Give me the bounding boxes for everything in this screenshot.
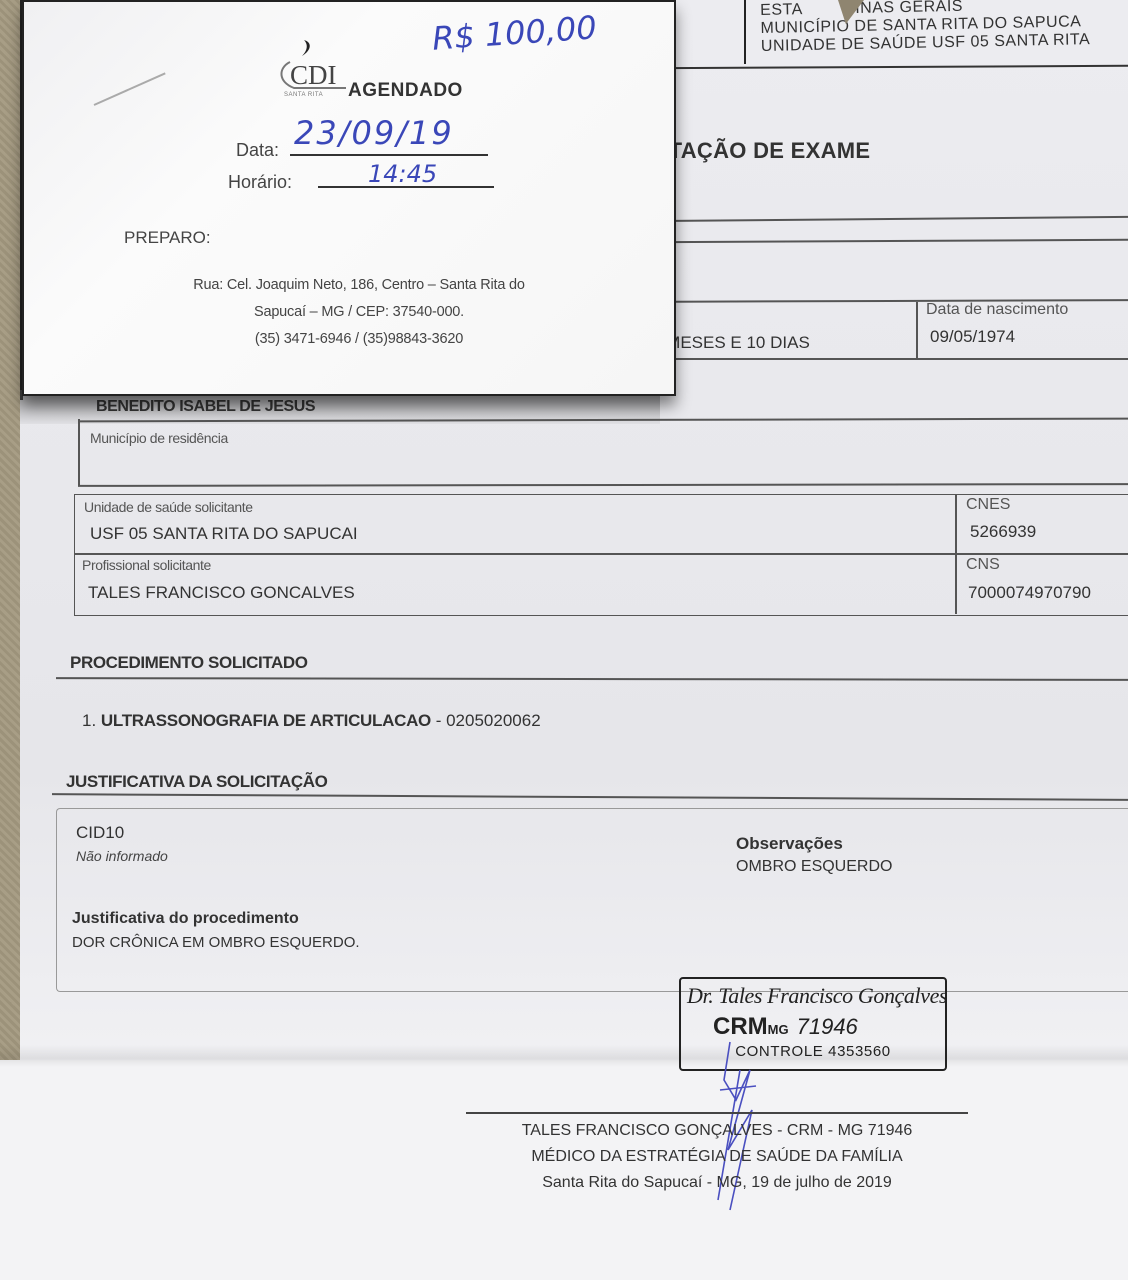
stamp-crm-label: CRM bbox=[713, 1013, 768, 1040]
stamp-crm-state: MG bbox=[768, 1022, 789, 1037]
signature-line bbox=[466, 1112, 968, 1114]
prep-label: PREPARO: bbox=[124, 228, 211, 248]
observations-value: OMBRO ESQUERDO bbox=[736, 858, 892, 876]
procedure-item: 1. ULTRASSONOGRAFIA DE ARTICULACAO - 020… bbox=[82, 711, 541, 731]
date-underline bbox=[290, 154, 488, 156]
signature-place-date: Santa Rita do Sapucaí - MG, 19 de julho … bbox=[466, 1170, 968, 1196]
cns-value: 7000074970790 bbox=[968, 583, 1091, 603]
form-rule bbox=[74, 553, 1128, 555]
address-line-1: Rua: Cel. Joaquim Neto, 186, Centro – Sa… bbox=[24, 272, 674, 299]
address-line-2: Sapucaí – MG / CEP: 37540-000. bbox=[24, 299, 674, 326]
birth-date-label: Data de nascimento bbox=[926, 301, 1068, 319]
clinic-phones: (35) 3471-6946 / (35)98843-3620 bbox=[24, 326, 674, 353]
cnes-value: 5266939 bbox=[970, 522, 1036, 542]
procedure-section-title: PROCEDIMENTO SOLICITADO bbox=[70, 653, 308, 673]
cdi-logo: CDI SANTA RITA bbox=[276, 38, 356, 102]
appointment-card: CDI SANTA RITA R$ 100,00 AGENDADO Data: … bbox=[22, 0, 676, 396]
justification-section-title: JUSTIFICATIVA DA SOLICITAÇÃO bbox=[66, 772, 327, 792]
health-unit-value: USF 05 SANTA RITA DO SAPUCAI bbox=[90, 524, 358, 544]
date-label: Data: bbox=[236, 140, 279, 161]
paper-fold bbox=[0, 1045, 1128, 1067]
cid-label: CID10 bbox=[76, 823, 124, 843]
logo-subtext: SANTA RITA bbox=[284, 92, 323, 98]
form-rule bbox=[78, 419, 80, 485]
procedure-code: - 0205020062 bbox=[436, 711, 541, 730]
procedure-justification-value: DOR CRÔNICA EM OMBRO ESQUERDO. bbox=[72, 934, 360, 951]
health-unit-label: Unidade de saúde solicitante bbox=[84, 499, 253, 515]
procedure-justification-label: Justificativa do procedimento bbox=[72, 910, 299, 928]
appointment-date: 23/09/19 bbox=[294, 114, 454, 152]
cnes-label: CNES bbox=[966, 496, 1010, 514]
cns-label: CNS bbox=[966, 556, 1000, 574]
signature-name-crm: TALES FRANCISCO GONÇALVES - CRM - MG 719… bbox=[466, 1118, 968, 1144]
appointment-time: 14:45 bbox=[368, 160, 437, 188]
justification-box bbox=[56, 808, 1128, 992]
time-label: Horário: bbox=[228, 172, 292, 193]
professional-label: Profissional solicitante bbox=[82, 557, 211, 573]
clinic-address: Rua: Cel. Joaquim Neto, 186, Centro – Sa… bbox=[24, 272, 674, 353]
signature-role: MÉDICO DA ESTRATÉGIA DE SAÚDE DA FAMÍLIA bbox=[466, 1144, 968, 1170]
professional-value: TALES FRANCISCO GONCALVES bbox=[88, 583, 355, 603]
birth-date-value: 09/05/1974 bbox=[930, 327, 1015, 347]
procedure-name: ULTRASSONOGRAFIA DE ARTICULACAO bbox=[101, 711, 431, 730]
appointment-status: AGENDADO bbox=[348, 80, 463, 102]
observations-label: Observações bbox=[736, 834, 843, 854]
document-title: CITAÇÃO DE EXAME bbox=[646, 138, 870, 164]
form-rule bbox=[916, 302, 918, 358]
stamp-crm-number: 71946 bbox=[797, 1014, 858, 1039]
header-divider bbox=[744, 0, 746, 64]
municipality-label: Município de residência bbox=[90, 430, 228, 446]
signature-block: TALES FRANCISCO GONÇALVES - CRM - MG 719… bbox=[466, 1118, 968, 1196]
form-rule bbox=[646, 358, 1128, 360]
logo-text: CDI bbox=[290, 60, 337, 91]
document-header: ESTA MINAS GERAIS MUNICÍPIO DE SANTA RIT… bbox=[760, 0, 1090, 56]
stamp-doctor-name: Dr. Tales Francisco Gonçalves bbox=[687, 983, 947, 1009]
stamp-crm: CRMMG71946 bbox=[713, 1013, 858, 1041]
procedure-number: 1. bbox=[82, 711, 96, 730]
cid-value: Não informado bbox=[76, 848, 168, 864]
patient-name: BENEDITO ISABEL DE JESUS bbox=[96, 398, 315, 416]
